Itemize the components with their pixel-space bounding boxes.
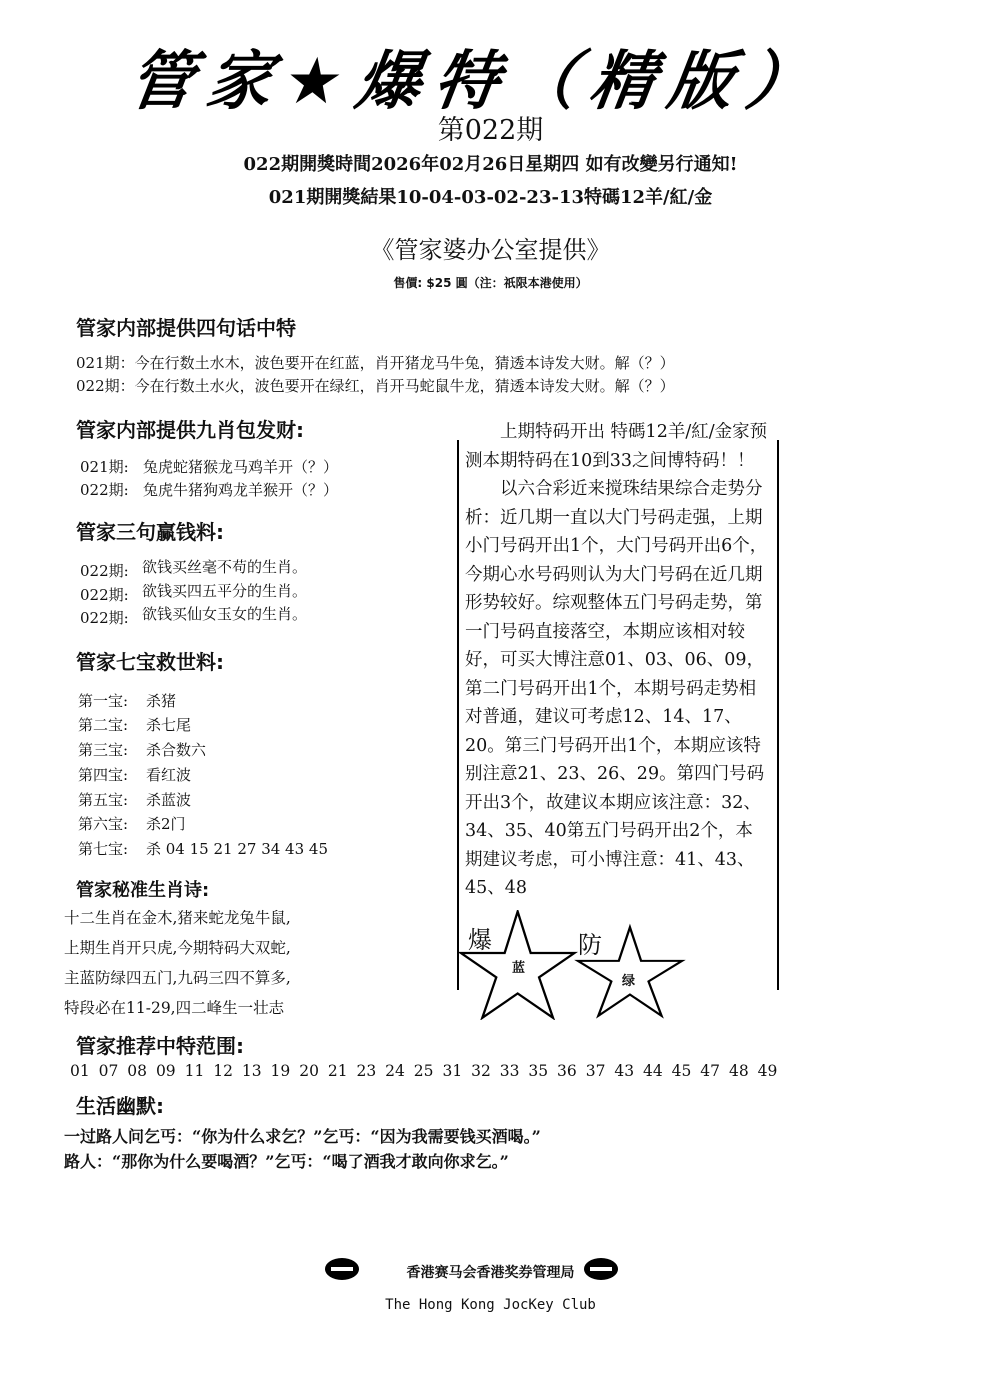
treasure-value: 杀2门 [146, 813, 186, 834]
treasure-label: 第一宝: [78, 690, 128, 711]
treasure-value: 杀猪 [146, 690, 176, 711]
three-lines-value: 欲钱买丝毫不苟的生肖。 [142, 556, 307, 577]
poem-line: 主蓝防绿四五门,九码三四不算多, [64, 965, 291, 991]
three-lines-period: 022期: [80, 607, 129, 628]
nine-zodiac-period: 022期: [80, 479, 129, 500]
four-lines-row: 022期：今在行数土水火，波色要开在绿红，肖开马蛇鼠牛龙，猜透本诗发大财。解（？… [76, 375, 675, 396]
recommend-heading: 管家推荐中特范围: [76, 1030, 244, 1059]
footer-english: The Hong Kong JocKey Club [0, 1297, 981, 1313]
star-text-blue: 蓝 [512, 957, 525, 976]
four-lines-row: 021期：今在行数土水木，波色要开在红蓝，肖开猪龙马牛兔，猜透本诗发大财。解（？… [76, 352, 675, 373]
joke-line: 路人：“那你为什么要喝酒？”乞丐：“喝了酒我才敢向你求乞。” [64, 1149, 509, 1172]
analysis-para-2: 以六合彩近来搅珠结果综合走势分析：近几期一直以大门号码走强，上期小门号码开出1个… [465, 475, 770, 903]
nine-zodiac-heading: 管家内部提供九肖包发财: [76, 414, 304, 443]
price-note: 售價: $25 圓（注：祇限本港使用） [0, 274, 981, 291]
nine-zodiac-value: 兔虎牛猪狗鸡龙羊猴开（？） [143, 479, 338, 500]
treasure-label: 第五宝: [78, 789, 128, 810]
treasure-label: 第四宝: [78, 764, 128, 785]
footer-chinese: 香港赛马会香港奖券管理局 [0, 1262, 981, 1282]
treasure-value: 杀蓝波 [146, 789, 191, 810]
treasure-label: 第六宝: [78, 813, 128, 834]
three-lines-heading: 管家三句赢钱料: [76, 516, 224, 545]
nine-zodiac-period: 021期: [80, 456, 129, 477]
analysis-text: 上期特码开出 特碼12羊/紅/金家预测本期特码在10到33之间博特码！！ 以六合… [465, 418, 770, 903]
three-lines-period: 022期: [80, 584, 129, 605]
treasure-value: 看红波 [146, 764, 191, 785]
nine-zodiac-value: 兔虎蛇猪猴龙马鸡羊开（？） [143, 456, 338, 477]
three-lines-period: 022期: [80, 560, 129, 581]
issue-number: 第022期 [0, 108, 981, 147]
recommend-numbers: 01 07 08 09 11 12 13 19 20 21 23 24 25 3… [70, 1062, 777, 1080]
treasure-value: 杀七尾 [146, 714, 191, 735]
four-lines-heading: 管家内部提供四句话中特 [76, 312, 296, 341]
treasure-value: 杀合数六 [146, 739, 206, 760]
three-lines-value: 欲钱买仙女玉女的生肖。 [142, 603, 307, 624]
secret-poem-heading: 管家秘准生肖诗: [76, 876, 209, 902]
provider: 《管家婆办公室提供》 [0, 230, 981, 265]
joke-line: 一过路人问乞丐：“你为什么求乞？”乞丐：“因为我需要钱买酒喝。” [64, 1124, 541, 1147]
poem-line: 特段必在11-29,四二峰生一壮志 [64, 995, 284, 1021]
poem-line: 上期生肖开只虎,今期特码大双蛇, [64, 935, 291, 961]
treasure-label: 第二宝: [78, 714, 128, 735]
seven-treasures-heading: 管家七宝救世料: [76, 646, 224, 675]
treasure-label: 第七宝: [78, 838, 128, 859]
treasure-label: 第三宝: [78, 739, 128, 760]
star-text-green: 绿 [622, 970, 635, 989]
three-lines-value: 欲钱买四五平分的生肖。 [142, 580, 307, 601]
humor-heading: 生活幽默: [76, 1090, 164, 1119]
star-icon-pair [458, 910, 698, 1020]
draw-time: 022期開獎時間2026年02月26日星期四 如有改變另行通知! [0, 150, 981, 176]
treasure-value: 杀 04 15 21 27 34 43 45 [146, 838, 328, 859]
poem-line: 十二生肖在金木,猪来蛇龙兔牛鼠, [64, 905, 291, 931]
analysis-para-1: 上期特码开出 特碼12羊/紅/金家预测本期特码在10到33之间博特码！！ [465, 418, 770, 475]
last-result: 021期開獎結果10-04-03-02-23-13特碼12羊/紅/金 [0, 183, 981, 209]
